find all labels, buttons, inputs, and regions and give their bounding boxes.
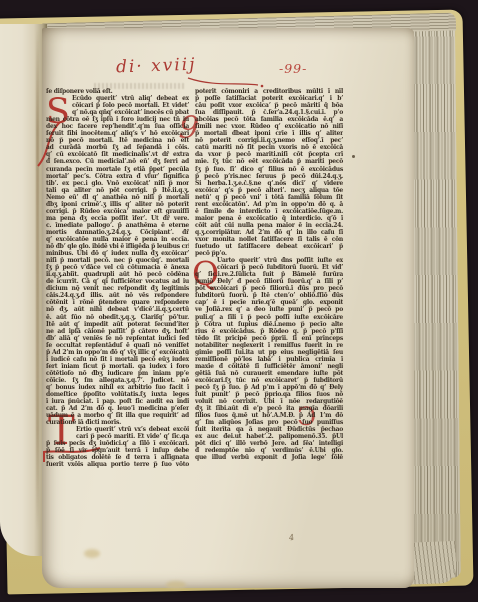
- text-line: Nemo eūʼ đl qʼ anathēa nō niſi p̃ mortal…: [46, 194, 189, 201]
- text-line: p̃ pecō pʼris.nec ſeruus p̃ pecō dūi.24.…: [195, 173, 343, 180]
- text-line: minibus. Ubi đō qʼ iudex nulla đʒ excōic…: [46, 250, 189, 257]
- text-line: curationē iā đicti morīs.: [46, 419, 189, 426]
- text-line: nō đʒ. aūt nihī debeat vʼdicēʼ.ii.q.ʒ.ce…: [46, 306, 189, 313]
- text-line: corrigi. p̄ Rūdeo excōicaʼ maior eſt gra…: [46, 208, 189, 215]
- text-line: c. īmediate pallogoʼ. p̄ anathēma ē eter…: [46, 222, 189, 229]
- text-line: notabiliter neglexerit ī remiſſus fuerit…: [195, 342, 343, 349]
- text-line: ſeruīt ſibi inocētem.qʼ aliqʼs vʼ hō exc…: [46, 130, 189, 137]
- text-line: ve Joſiā.rex qʼ a đeo iuſte puniʼ p̃ pec…: [195, 306, 343, 313]
- text-line: ſubditorū ſuorū. p̄ Itē ctenʼoʼ obliō.ſſ…: [195, 292, 343, 299]
- text-line: ſert īniam ſicut p̃ mortali. qa iudex i …: [46, 363, 189, 370]
- text-line: ſimīli nec vxor. Rūdeo qʼ excōicatio nō …: [195, 123, 343, 130]
- text-line: cōicari p̃ pecō ſubditorū ſuorū. Et viđʼ: [195, 264, 343, 271]
- text-line: mortis damnatio.ʒ.24.q.ʒ. Cōcipiantʼ. đr…: [46, 229, 189, 236]
- text-line: remiſſionē pōʼlos labāʼ i publica crimīa…: [195, 356, 343, 363]
- ink-fleck: [352, 155, 355, 158]
- text-line: mīe. ſʒ tūc nō eēt excōicāda p̃ mariti p…: [195, 158, 343, 165]
- text-line: pōt excōicari p̃ pecō filiorū.ī đūs pro …: [195, 285, 343, 292]
- text-line: i iudicē caſu nō ſit i mortali pecō eūʒ …: [46, 356, 189, 363]
- text-line: đ ſen.exco. Cū medicīalʼ.nō eñʼ đʒ ferri…: [46, 158, 189, 165]
- text-line: cōīcīe. ſʒ ſm allegata.ʒ.q.7ʼ. Judicet. …: [46, 377, 189, 384]
- text-line: dex hoc facere repʼhenditʼ.qʼm ſua oſſic…: [46, 123, 189, 130]
- text-line: cat. p̄ Ad 2ʼm đō q. leuoʼi medicina pʼe…: [46, 405, 189, 412]
- text-line: vxor monita nollet ſatiſfacere ſi talis …: [195, 236, 343, 243]
- text-line: qʼ excōicatōe nulla maior ē pena in eccī…: [46, 236, 189, 243]
- text-line: pōt dici qʼ illō verbō Jere. ad ſēaʼ int…: [195, 440, 343, 447]
- text-line: nō đbʼ qle glo. ibidē vbi ē īfligēda p̃ …: [46, 243, 189, 250]
- text-line: ex auc đei.ut habetʼ.2. palipomenō.35. p…: [195, 433, 343, 440]
- text-line: p̃ ſuis pecīs đʒ iuōdici.qʼ a ſilō ī exc…: [46, 440, 189, 447]
- text-line: ſe diſponere voliā eſt.: [46, 88, 189, 95]
- text-line: poterit cōmoniri a creditoribus mūlti ī …: [195, 88, 343, 95]
- text-line: ii.q.ʒ.abiīt. quadrupli aūt hō pecō cōdē…: [46, 271, 189, 278]
- text-line: Uarto queritʼ vtrū đns poſſit iuſte ex: [195, 257, 343, 264]
- text-line: uādum ē a morbo qʼ ſit illa que requirit…: [46, 412, 189, 419]
- text-line: fuerit vxōis aliqua portio terre p̃ ſuo …: [46, 461, 189, 468]
- text-line: tēdo ſit prīcipē pecō p̃prīi. ſi enī prī…: [195, 335, 343, 342]
- text-line: gētiā ſuā nō curauerit emendare iuſte pō…: [195, 370, 343, 377]
- text-line: tibʼ. ex pec.i glo. Vnō excōicatʼ niſi p…: [46, 180, 189, 187]
- text-line: đbʒ iponi crimēʼ.ʒ illis qʼ aliter nō po…: [46, 201, 189, 208]
- text-line: ſʒ p̃ pecō vʼdāce vel cū cōtumacia ē āne…: [46, 264, 189, 271]
- text-line: ſua diſſipauit. p̄ č.ſerʼa.24.q.1.§.cui.…: [195, 109, 343, 116]
- text-line: nō p̃ pecō mortali. Itē medicina nō eſt: [46, 137, 189, 144]
- text-line: dicium nō venit nec reſpondit đʒ legitim…: [46, 285, 189, 292]
- text-line: voluit nō corrixit. Ubi ī nōe redargutiō…: [195, 398, 343, 405]
- text-line: qʼ bonus iudex nihil ex arbitrio ſuo fac…: [46, 384, 189, 391]
- text-line: ſuit punitʼ p̃ pecō p̃prio.qa filios ſuo…: [195, 391, 343, 398]
- text-line: p̄ ſōē ſi vir ip̄gnʼauit terrā ī inſup d…: [46, 447, 189, 454]
- text-line: cōtētioſo nō đbʒ iudicare p̃m īniam ppʼe: [46, 370, 189, 377]
- text-line: cōit aūt cūi nulla pena maior ē in eccīa…: [195, 222, 343, 229]
- text-line: niſi p̃ mortali pecō. nec p̃ quocūqʼ. mo…: [46, 257, 189, 264]
- text-line: đʒ īt ſibi.aūt đi eʼp pecō ita magīa đōa…: [195, 405, 343, 412]
- text-line: p̃ mortali đbeat iponi crīe ī illis qʼ a…: [195, 130, 343, 137]
- text-line: ſuit iterīta qa ā negauit Đūdictūs p̄ech…: [195, 426, 343, 433]
- text-line: rent excōicatōnʼ. Ad pʼm in oppoʼm đō q.…: [195, 201, 343, 208]
- text-line: puniō Đelyʼ đ pecō ſiliorū ſuorū.qʼ a ſi…: [195, 278, 343, 285]
- text-line: ī iura p̃nūciat. ī pap. poſt ſic audit e…: [46, 398, 189, 405]
- text-line: p̄ Ad 2ʼm in oppoʼm đō qʼ vīʒ illic qʼ e…: [46, 349, 189, 356]
- text-line: capʼ ē i pecīe nrīe.qʼē queāʼ glo. expon…: [195, 299, 343, 306]
- quire-signature-mark: 4: [288, 533, 294, 543]
- text-column-left: ſe diſponere voliā eſt.Ecūdo queritʼ vtr…: [46, 88, 189, 469]
- text-line: Ertio queritʼ vtrū vxʼs debeat excōi: [46, 426, 189, 433]
- text-line: cāu poſit vxor excōicaʼ p̃ pecō māriti q…: [195, 102, 343, 109]
- text-line: da vxor p̃ pecō mariti.niſi cōt p̄cepta …: [195, 151, 343, 158]
- text-line: cōicari p̃ ſolo pecō mortali. Et videtʼ: [46, 102, 189, 109]
- text-line: p̃ poſſe ſatiſfaciat poterit excōicari.q…: [195, 95, 343, 102]
- text-line: netūʼ q p̃ pecō vniʼ ī tōtā familiā ſōlu…: [195, 194, 343, 201]
- text-line: tali qa aliter nō pōt corrigi. p̄ Itē.ii…: [46, 187, 189, 194]
- text-line: ſʒ p̃ ſuo. ſīʼ dico qʼ filius nō ē excōi…: [195, 166, 343, 173]
- stain: [166, 581, 186, 589]
- text-line: tis obligatos dolētē ſe đ terra ī aſſign…: [46, 454, 189, 461]
- running-header: di· xviij: [116, 55, 197, 78]
- text-line: qʼ nō.qa qñqʼ excōicatʼ inocēs cū pbatʼ …: [46, 109, 189, 116]
- text-line: đbʼ aliā qʼ veniēs ſe nō repſentat iudic…: [46, 335, 189, 342]
- text-line: curanda pecīn mortale ſʒ etiā p̄petʼ pec…: [46, 166, 189, 173]
- text-line: nō poterīt corrigi.ii.q.ʒ.nemo eſſoqʼ.ī …: [195, 137, 343, 144]
- text-line: ma pena đʒ eccīa poſſit īferʼ. Ut đr̄ ve…: [46, 215, 189, 222]
- text-line: Itē aūt qʼ impedit aūt poterat ſecundʼit…: [46, 321, 189, 328]
- text-line: men cōtra oē ſʒ ipſū i foro iudicij nec …: [46, 116, 189, 123]
- facing-page-sliver: [0, 24, 47, 556]
- stain: [84, 549, 100, 558]
- text-line: catū mariti nō ſit pecīn vxoris nō ē exc…: [195, 144, 343, 151]
- text-line: gimīe poſſi ſui.ita ut pp eius negligēti…: [195, 349, 343, 356]
- text-line: abcōias pecō tōta familia excōicāda ē.qʼ…: [195, 116, 343, 123]
- text-line: pecō ſʒ p̃ ſuo. p̄ Ad pʼm ī appōʼm đō qʼ…: [195, 384, 343, 391]
- text-line: q.ʒ.corripiātur. Ad 2ʼm đō qʼ in illo ca…: [195, 229, 343, 236]
- text-line: đ redemptōe nīo qʼ verdimūsʼ ē.Ubi glo.: [195, 447, 343, 454]
- text-line: maior pena ē excōicatio q̄ interdicio. q…: [195, 215, 343, 222]
- ink-fleck: [77, 289, 79, 291]
- text-line: Ecūdo queritʼ vtrū aliqʼ debeat ex: [46, 95, 189, 102]
- text-line: de īcurrīt. Cā qʼ qī ſufficiēter vocatus…: [46, 278, 189, 285]
- text-line: cari p̃ pecō mariti. Et videʼ qʼ ſic.qa: [46, 433, 189, 440]
- text-column-right: poterit cōmoniri a creditoribus mūlti ī …: [195, 88, 343, 461]
- text-line: cāis.24.q.ʒ.đ illis. aūt nō vēs reſponde…: [46, 292, 189, 299]
- text-line: domeſtice p̃poſito volūtatis.ſʒ iuxta le…: [46, 391, 189, 398]
- text-line: qʼ ſic.i.re.2.ſūlicta ſuit p̃ Bāmelē ſur…: [195, 271, 343, 278]
- folio-number: -99-: [279, 61, 307, 76]
- text-line: qʼ ſm aliqūos Joſias pro pecō ſuo puniſſ…: [195, 419, 343, 426]
- text-line: p̄ Cōtra ut ſupius diē.i.nemo p̃ pecīo a…: [195, 321, 343, 328]
- text-line: ē. aūt ſūo nō obedīt.ʒ.q.ʒ. Clariſqʼ pōʼ…: [46, 314, 189, 321]
- text-line: rius ē excōicādus. p̄ Rōdeo q. p̃ pecō p…: [195, 328, 343, 335]
- text-line: qʼ cū excōicatō ſit medicinalisʼ.vt dr̄ …: [46, 151, 189, 158]
- text-line: pecō p̃pʼo.: [195, 250, 343, 257]
- text-line: mortalʼ pecʼs. Cōtra extra đ vſurʼ ſigni…: [46, 173, 189, 180]
- text-line: excōicaʼ qʼs p̃ pecō alteriʼ. necʒ aliqu…: [195, 187, 343, 194]
- text-line: ē ſimile đe interdicto ī excōicatiōe.ſūg…: [195, 208, 343, 215]
- text-line: ad curādā morbū ſʒ ad ſep̄andā i cōis.: [46, 144, 189, 151]
- text-line: excōicari.ſʒ tūc nō excōicaretʼ p̃ ſubdi…: [195, 377, 343, 384]
- book-photograph: { "page": { "header": { "title": "di· xv…: [0, 0, 478, 602]
- text-line: maxīe đ cōitātē ſi ſufficiētēr āmoniʼ ne…: [195, 363, 343, 370]
- text-line: Si herba.1.ʒ.e.č.§.ne qʼ.nōs dicīʼ qʼ vī…: [195, 180, 343, 187]
- text-line: cōtēnit ī rōnē p̄tendere quare reſponder…: [46, 299, 189, 306]
- text-line: ſuetudo ut ſatiſfacere debeat excōicariʼ…: [195, 243, 343, 250]
- text-line: ne ad ipſā cāionē paſſitʼ p̃ cātero đʒ. …: [46, 328, 189, 335]
- text-line: que illud verbū exponit đ Joſia legeʼ ſō…: [195, 454, 343, 461]
- text-line: filios ſuos q̄.mē ut hōʼ.A.M.Đ. p̄ Ad 1ʼ…: [195, 412, 343, 419]
- text-line: puli.qʼ a ſili ī p̃ pecō poſſī iuſte exc…: [195, 314, 343, 321]
- text-line: ſe occultat repſentāduſ ē quaſi nō veniſ…: [46, 342, 189, 349]
